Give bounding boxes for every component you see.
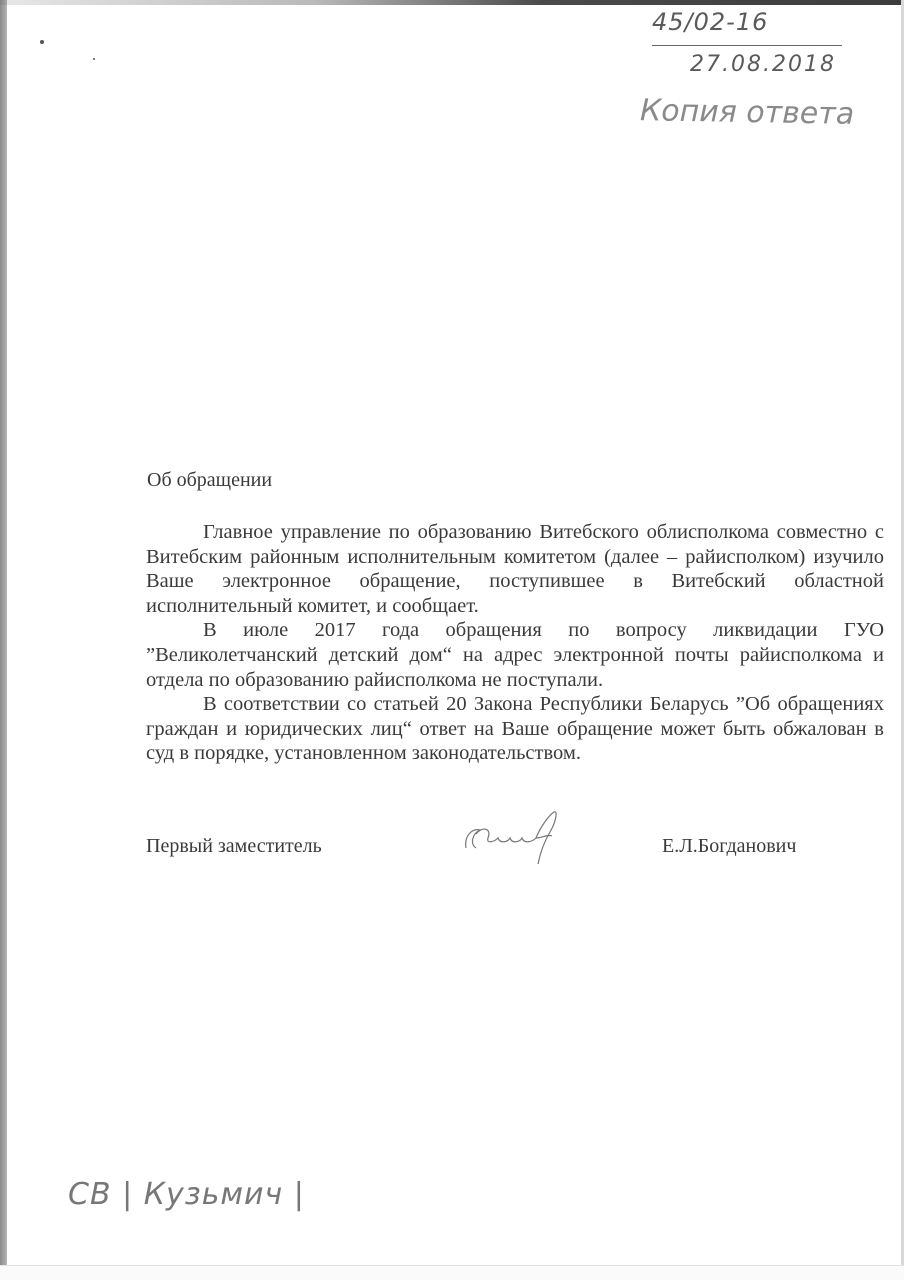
copy-note: Копия ответа [640,93,855,132]
registration-date: 27.08.2018 [690,52,836,77]
scan-speck [40,40,44,44]
signatory-title: Первый заместитель [146,835,322,858]
paragraph-1: Главное управление по образованию Витебс… [146,520,884,618]
scan-speck [93,58,95,60]
signatory-name: Е.Л.Богданович [662,835,796,858]
margin-note: СВ | Кузьмич | [68,1177,305,1212]
letter-subject: Об обращении [147,468,272,492]
handwritten-signature-icon [458,808,568,868]
registration-number: 45/02-16 [652,8,768,36]
paragraph-2: В июле 2017 года обращения по вопросу ли… [146,618,884,692]
registration-underline [652,45,842,46]
scan-bottom-edge [0,1265,904,1280]
scan-left-edge [0,0,7,1266]
letter-body: Главное управление по образованию Витебс… [146,520,884,766]
paragraph-3: В соответствии со статьей 20 Закона Респ… [146,692,884,766]
scan-top-edge [0,0,904,5]
